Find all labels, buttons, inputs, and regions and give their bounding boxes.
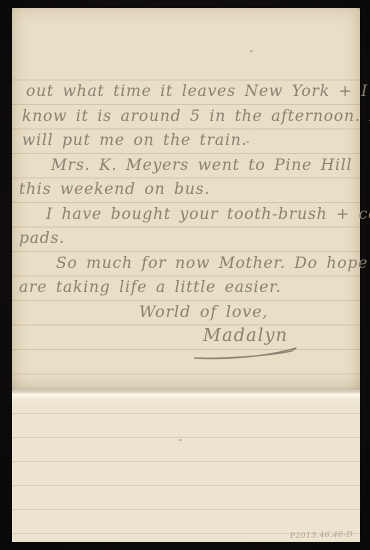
- handwriting-line: know it is around 5 in the afternoon. He: [22, 104, 358, 129]
- handwriting-line: out what time it leaves New York + I: [26, 79, 358, 104]
- handwriting-line: this weekend on bus.: [19, 177, 358, 202]
- closing-line: World of love,: [139, 300, 358, 325]
- handwriting-line: will put me on the train.: [22, 128, 358, 153]
- fold-crease: [12, 374, 360, 406]
- signature: Madalyn: [203, 324, 358, 349]
- handwriting-line: are taking life a little easier.: [19, 275, 358, 300]
- pencil-speck: [246, 141, 249, 143]
- ruled-lines-bottom: [12, 390, 360, 535]
- letter-photo: out what time it leaves New York + I kno…: [0, 0, 370, 550]
- handwriting-line: pads.: [19, 226, 358, 251]
- pencil-speck: [250, 50, 253, 52]
- handwriting-line: Mrs. K. Meyers went to Pine Hill: [51, 153, 358, 178]
- handwriting-block: out what time it leaves New York + I kno…: [18, 79, 358, 349]
- handwriting-line: I have bought your tooth-brush + corn: [46, 202, 358, 227]
- handwriting-line: So much for now Mother. Do hope you: [56, 251, 358, 276]
- signature-flourish: [188, 346, 300, 362]
- letter-paper: out what time it leaves New York + I kno…: [12, 8, 360, 542]
- pencil-speck: [179, 439, 182, 441]
